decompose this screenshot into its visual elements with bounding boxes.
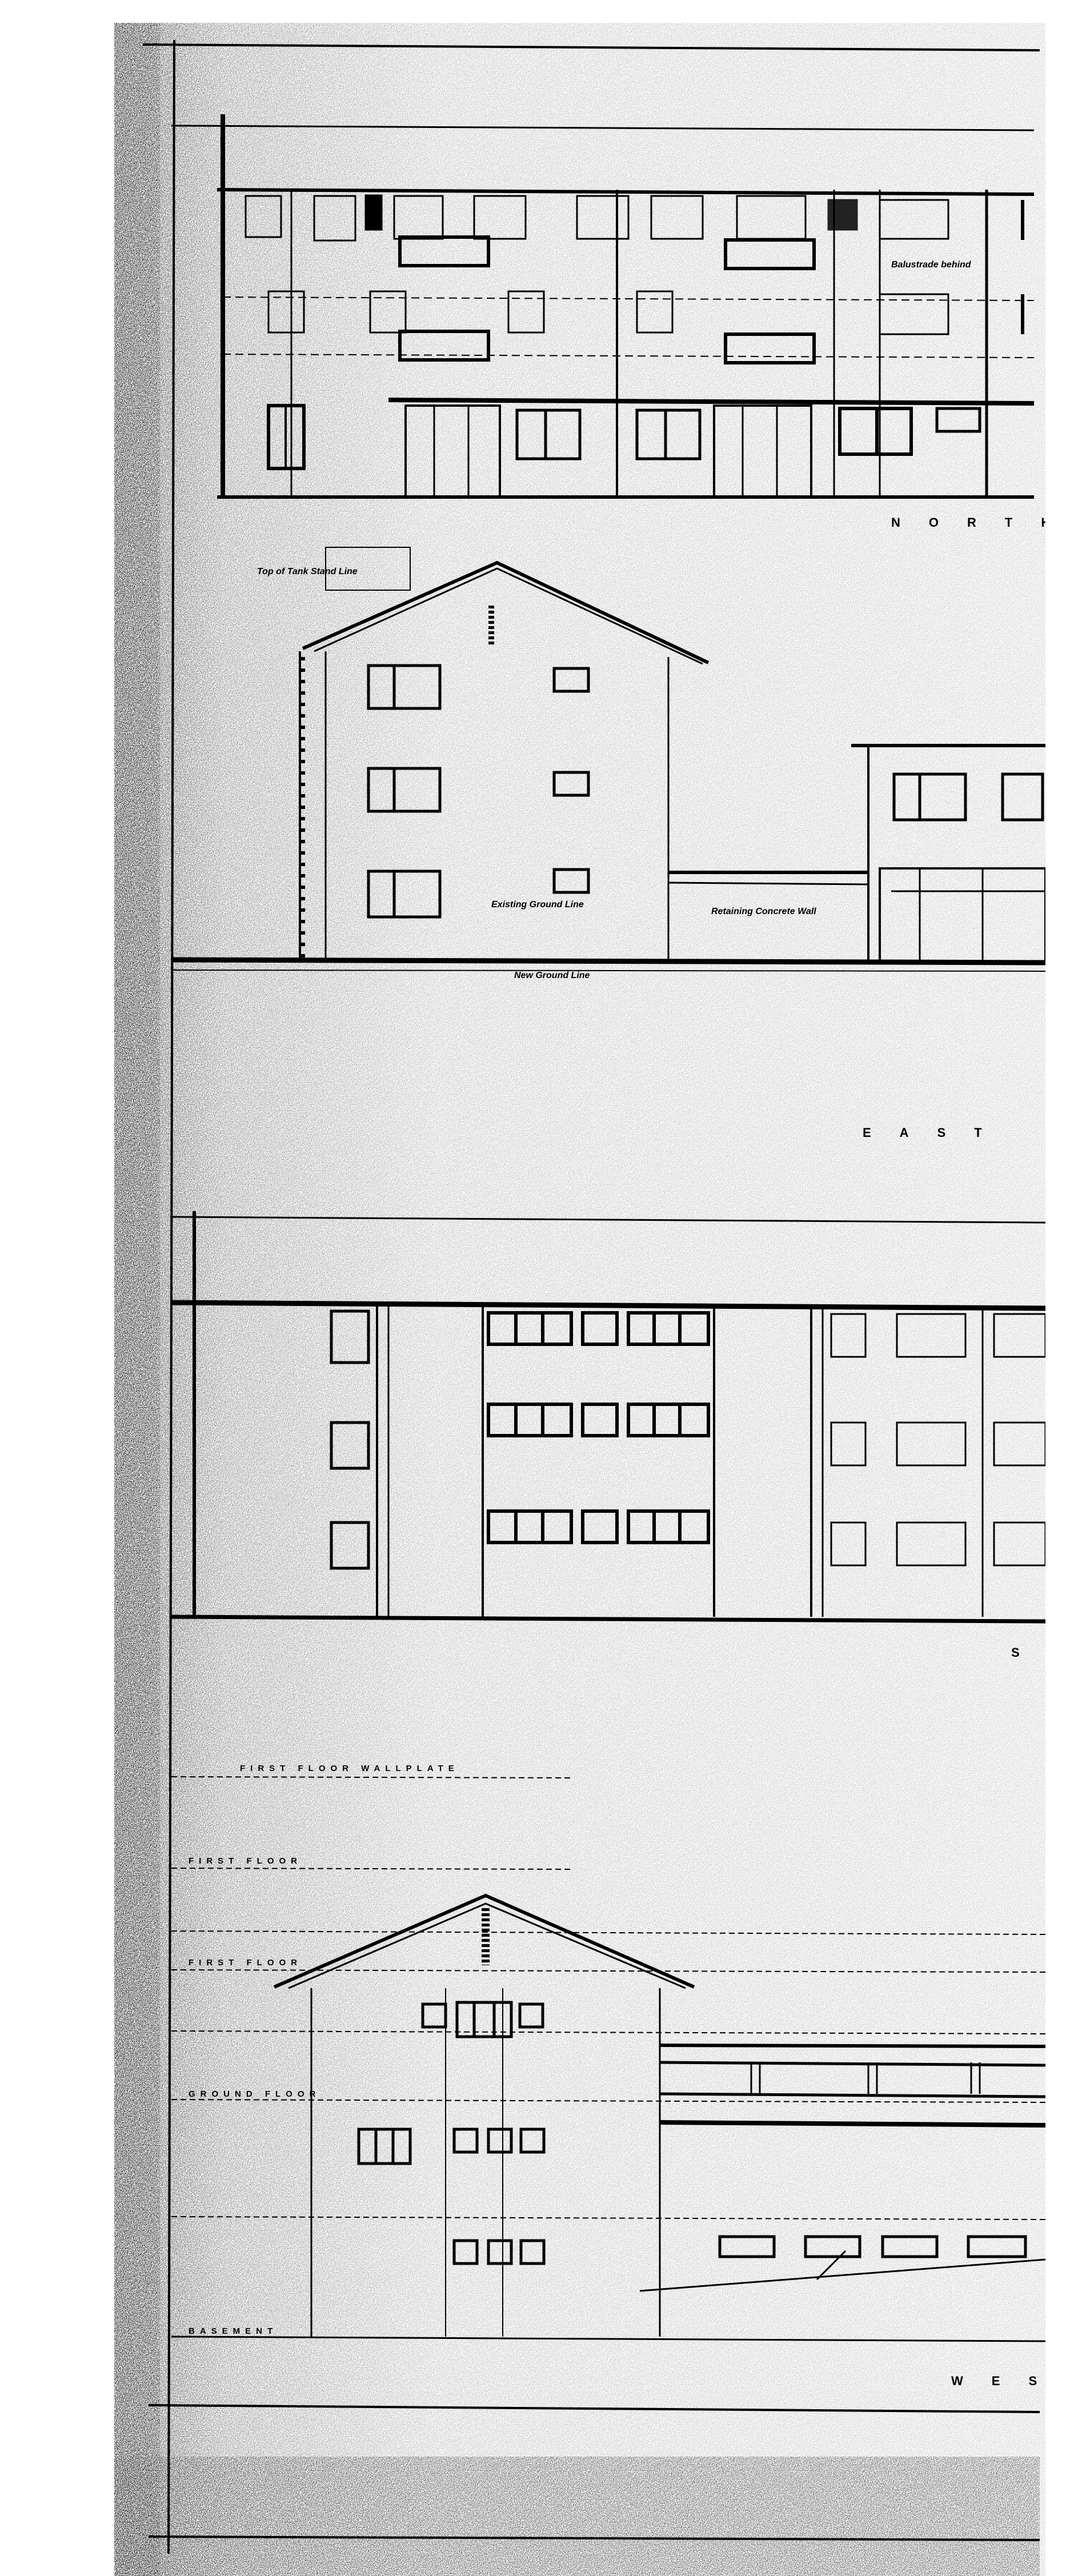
scan-noise xyxy=(114,23,1045,2576)
drawing-sheet: Balustrade behind NORTH Top of Tank xyxy=(0,0,1090,2576)
